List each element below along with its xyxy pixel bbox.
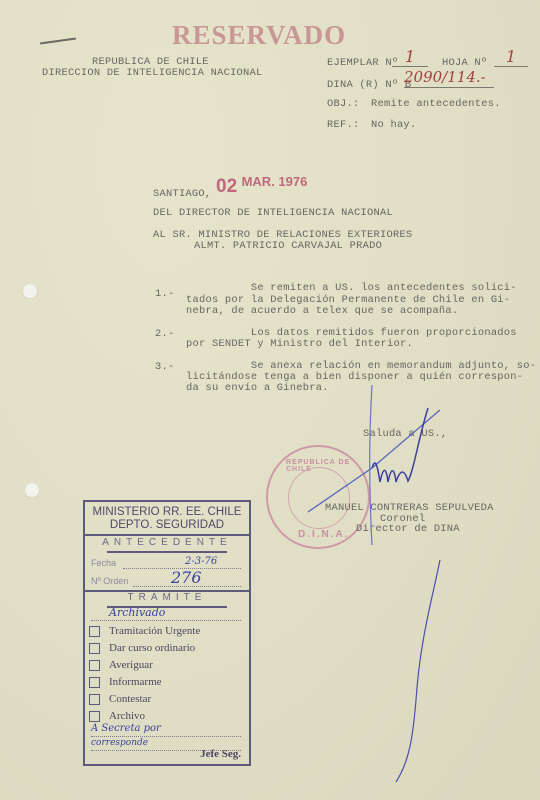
stamp-top-line — [91, 620, 241, 621]
paragraph-3-number: 3.- — [155, 361, 174, 373]
stamp-divider — [107, 551, 227, 553]
seal-coat-of-arms — [288, 467, 350, 529]
date-month-year: MAR. 1976 — [242, 174, 308, 189]
stamp-fecha-label: Fecha — [91, 558, 116, 568]
option-label: Averiguar — [109, 659, 153, 671]
punch-hole-top — [23, 284, 37, 298]
classification-stamp: RESERVADO — [172, 20, 346, 51]
checkbox-icon — [89, 711, 100, 722]
punch-hole-bottom — [25, 483, 39, 497]
stamp-note-line1: A Secreta por — [91, 723, 161, 734]
stamp-fecha-value: 2-3-76 — [185, 556, 217, 567]
paragraph-3-line3: da su envío a Ginebra. — [186, 382, 329, 394]
option-label: Contestar — [109, 693, 151, 705]
dina-number-label: DINA (R) Nº B — [327, 79, 411, 91]
stamp-orden-value: 276 — [171, 568, 202, 587]
ref-value: No hay. — [371, 119, 416, 131]
header-agency: DIRECCION DE INTELIGENCIA NACIONAL — [42, 67, 263, 79]
option-label: Dar curso ordinario — [109, 642, 195, 654]
checkbox-icon — [89, 694, 100, 705]
dina-seal: REPUBLICA DE CHILE D.I.N.A. — [266, 445, 370, 549]
signature-icon — [0, 0, 540, 800]
ref-label: REF.: — [327, 119, 359, 131]
stamp-orden-label: Nº Orden — [91, 576, 128, 586]
option-averiguar: Averiguar — [89, 659, 153, 671]
paragraph-1-line3: nebra, de acuerdo a telex que se acompañ… — [186, 305, 458, 317]
pen-mark — [40, 38, 76, 45]
paragraph-2-number: 2.- — [155, 328, 174, 340]
paragraph-1-line1: Se remiten a US. los antecedentes solici… — [186, 282, 517, 294]
checkbox-icon — [89, 677, 100, 688]
date-day: 02 — [216, 176, 237, 197]
option-contestar: Contestar — [89, 693, 151, 705]
seal-bottom-text: D.I.N.A. — [298, 529, 350, 540]
ejemplar-value: 1 — [405, 47, 415, 66]
paragraph-2-line2: por SENDET y Ministro del Interior. — [186, 338, 413, 350]
checkbox-icon — [89, 660, 100, 671]
option-label: Tramitación Urgente — [109, 625, 200, 637]
sender-line: DEL DIRECTOR DE INTELIGENCIA NACIONAL — [153, 207, 393, 219]
closing: Saluda a US., — [363, 428, 447, 440]
checkbox-icon — [89, 626, 100, 637]
ejemplar-field: 1 — [392, 47, 428, 67]
stamp-footer: Jefe Seg. — [200, 748, 241, 760]
option-archivo: Archivo — [89, 710, 145, 722]
dina-number-field: 2090/114.- — [404, 68, 494, 88]
ejemplar-label: EJEMPLAR Nº — [327, 57, 398, 69]
stamp-ministry: MINISTERIO RR. EE. CHILE — [85, 506, 249, 519]
dina-number-value: 2090/114.- — [404, 68, 486, 86]
obj-label: OBJ.: — [327, 98, 359, 110]
hoja-value: 1 — [506, 47, 516, 66]
option-dar-curso-ordinario: Dar curso ordinario — [89, 642, 195, 654]
checkbox-icon — [89, 643, 100, 654]
obj-value: Remite antecedentes. — [371, 98, 501, 110]
stamp-divider — [85, 534, 249, 536]
paragraph-1-number: 1.- — [155, 288, 174, 300]
place: SANTIAGO, — [153, 188, 211, 200]
received-stamp: MINISTERIO RR. EE. CHILE DEPTO. SEGURIDA… — [83, 500, 251, 766]
option-tramitacion-urgente: Tramitación Urgente — [89, 625, 200, 637]
stamp-tramite: TRAMITE — [85, 592, 249, 603]
stamp-note-line — [91, 736, 241, 737]
stamp-department: DEPTO. SEGURIDAD — [85, 519, 249, 532]
signatory-title: Director de DINA — [356, 523, 460, 535]
recipient-line2: ALMT. PATRICIO CARVAJAL PRADO — [194, 240, 382, 252]
option-label: Archivo — [109, 710, 145, 722]
stamp-handwritten-top: Archivado — [109, 606, 165, 619]
stamp-note-line2: corresponde — [91, 738, 148, 748]
option-informarme: Informarme — [89, 676, 162, 688]
date-stamp: 02 MAR. 1976 — [216, 176, 307, 198]
option-label: Informarme — [109, 676, 162, 688]
stamp-antecedente: ANTECEDENTE — [85, 537, 249, 548]
hoja-field: 1 — [494, 47, 528, 67]
